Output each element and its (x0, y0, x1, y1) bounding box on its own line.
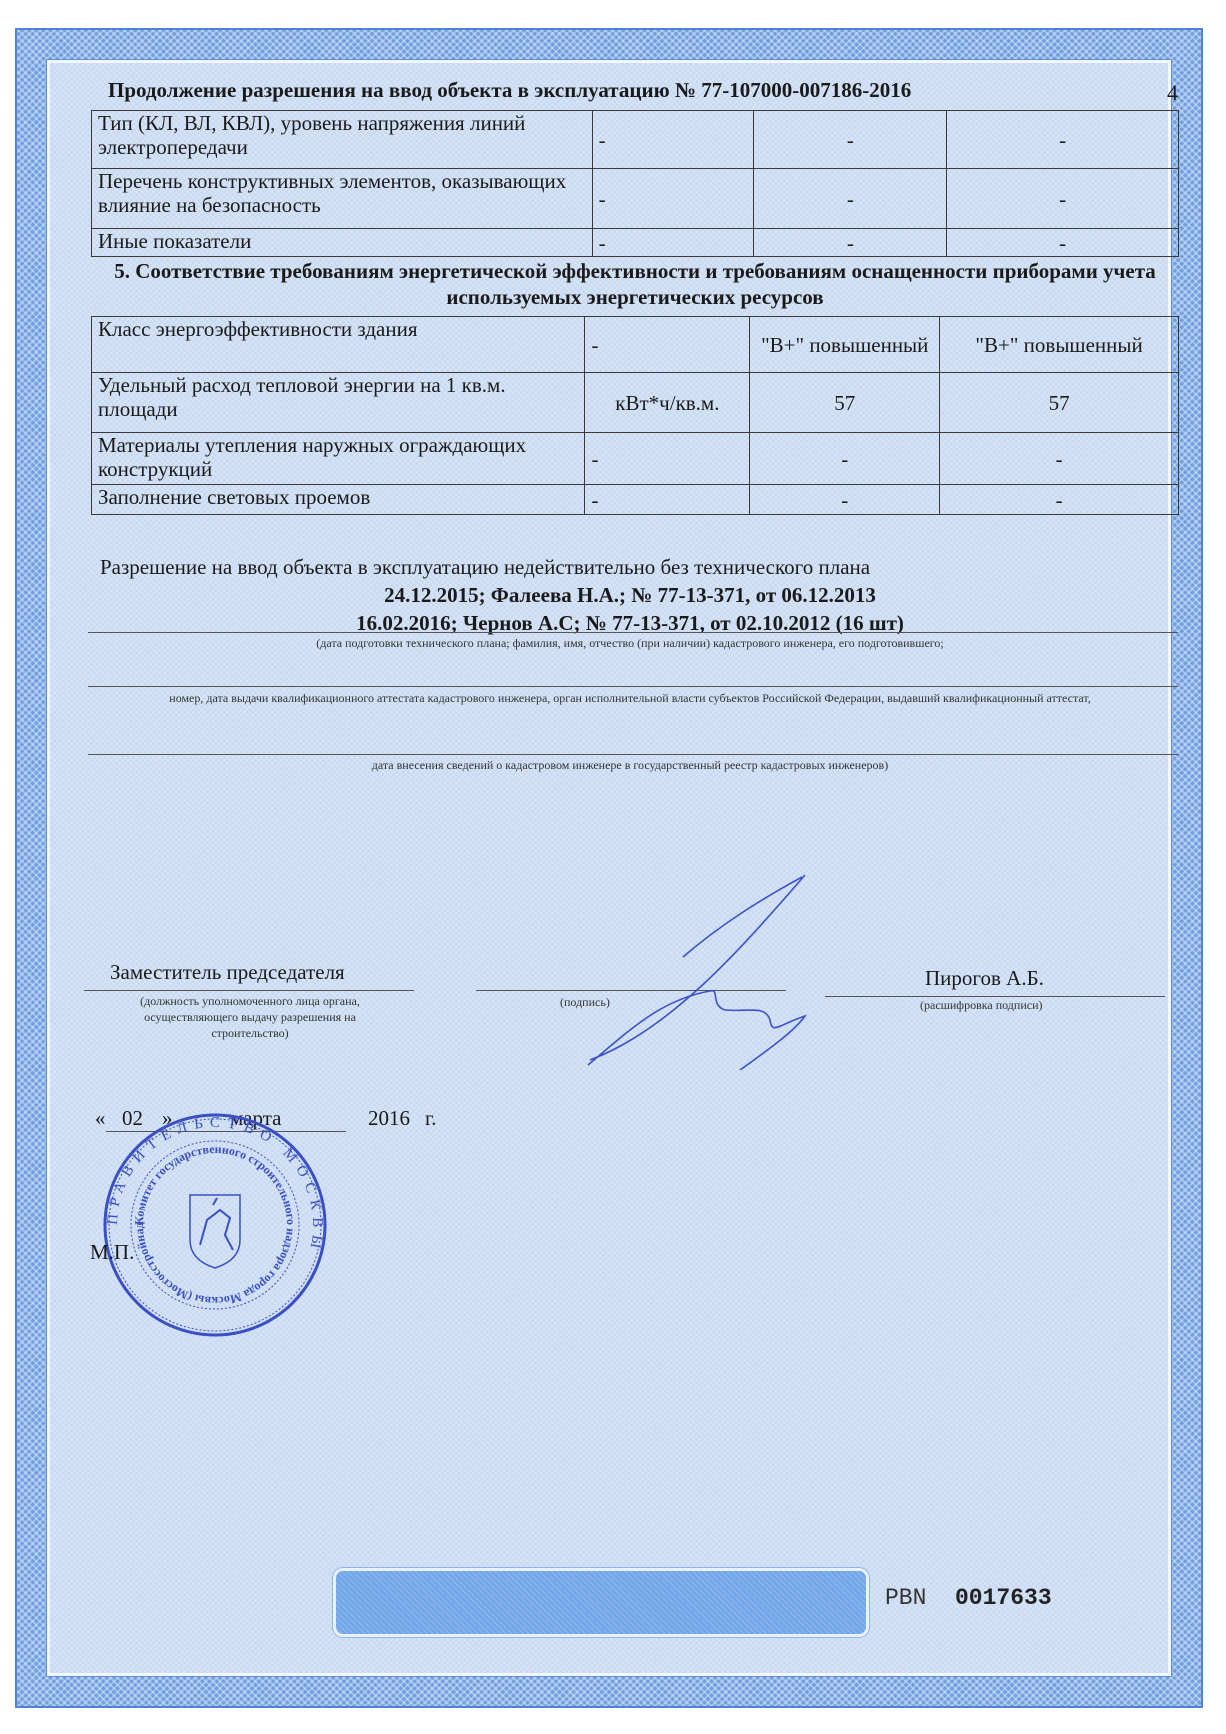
row-unit: - (592, 169, 754, 229)
row-actual: - (947, 111, 1179, 169)
page-number: 4 (1167, 80, 1178, 106)
row-planned: - (750, 485, 940, 515)
tech-plan-intro: Разрешение на ввод объекта в эксплуатаци… (100, 555, 870, 580)
row-planned: - (754, 229, 947, 257)
table-row: Заполнение световых проемов - - - (92, 485, 1179, 515)
signatory-position: Заместитель председателя (110, 960, 345, 985)
row-actual: - (947, 229, 1179, 257)
row-label: Перечень конструктивных элементов, оказы… (92, 169, 593, 229)
indicators-table: Тип (КЛ, ВЛ, КВЛ), уровень напряжения ли… (91, 110, 1179, 257)
row-unit: - (585, 485, 750, 515)
divider (88, 686, 1178, 687)
serial-prefix: PBN (885, 1585, 926, 1611)
tech-plan-caption-2: номер, дата выдачи квалификационного атт… (120, 690, 1140, 706)
row-label: Заполнение световых проемов (92, 485, 585, 515)
table-row: Перечень конструктивных элементов, оказы… (92, 169, 1179, 229)
row-planned: - (754, 111, 947, 169)
row-actual: - (947, 169, 1179, 229)
table-row: Иные показатели - - - (92, 229, 1179, 257)
divider (88, 754, 1178, 755)
tech-plan-caption-1: (дата подготовки технического плана; фам… (90, 636, 1170, 651)
tech-plan-line1: 24.12.2015; Фалеева Н.А.; № 77-13-371, о… (90, 583, 1170, 608)
table-row: Класс энергоэффективности здания - "B+" … (92, 317, 1179, 373)
date-year-suffix: г. (425, 1106, 437, 1131)
tech-plan-caption-3: дата внесения сведений о кадастровом инж… (90, 758, 1170, 773)
row-actual: "B+" повышенный (940, 317, 1179, 373)
row-label: Удельный расход тепловой энергии на 1 кв… (92, 373, 585, 433)
row-unit: кВт*ч/кв.м. (585, 373, 750, 433)
mp-label: М.П. (90, 1240, 134, 1265)
table-row: Материалы утепления наружных ограждающих… (92, 433, 1179, 485)
divider (825, 996, 1165, 997)
energy-table: Класс энергоэффективности здания - "B+" … (91, 316, 1179, 515)
divider (84, 990, 414, 991)
row-actual: 57 (940, 373, 1179, 433)
row-label: Иные показатели (92, 229, 593, 257)
official-stamp: ПРАВИТЕЛЬСТВО МОСКВЫ Комитет государстве… (95, 1110, 335, 1340)
document-title: Продолжение разрешения на ввод объекта в… (108, 78, 911, 103)
row-planned: 57 (750, 373, 940, 433)
date-year: 2016 (368, 1106, 410, 1131)
row-actual: - (940, 485, 1179, 515)
row-label: Материалы утепления наружных ограждающих… (92, 433, 585, 485)
table-row: Тип (КЛ, ВЛ, КВЛ), уровень напряжения ли… (92, 111, 1179, 169)
table-row: Удельный расход тепловой энергии на 1 кв… (92, 373, 1179, 433)
row-unit: - (585, 433, 750, 485)
serial-number: 0017633 (955, 1585, 1052, 1611)
row-unit: - (592, 229, 754, 257)
serial-box (333, 1568, 869, 1637)
handwritten-signature (560, 860, 830, 1070)
row-label: Тип (КЛ, ВЛ, КВЛ), уровень напряжения ли… (92, 111, 593, 169)
row-planned: "B+" повышенный (750, 317, 940, 373)
row-actual: - (940, 433, 1179, 485)
coat-of-arms-icon (190, 1195, 240, 1268)
name-caption: (расшифровка подписи) (920, 998, 1043, 1013)
divider (88, 632, 1178, 633)
position-caption: (должность уполномоченного лица органа, … (105, 993, 395, 1041)
signatory-name: Пирогов А.Б. (925, 966, 1044, 991)
row-unit: - (585, 317, 750, 373)
row-unit: - (592, 111, 754, 169)
row-planned: - (754, 169, 947, 229)
row-label: Класс энергоэффективности здания (92, 317, 585, 373)
section5-heading: 5. Соответствие требованиям энергетическ… (100, 258, 1170, 310)
row-planned: - (750, 433, 940, 485)
